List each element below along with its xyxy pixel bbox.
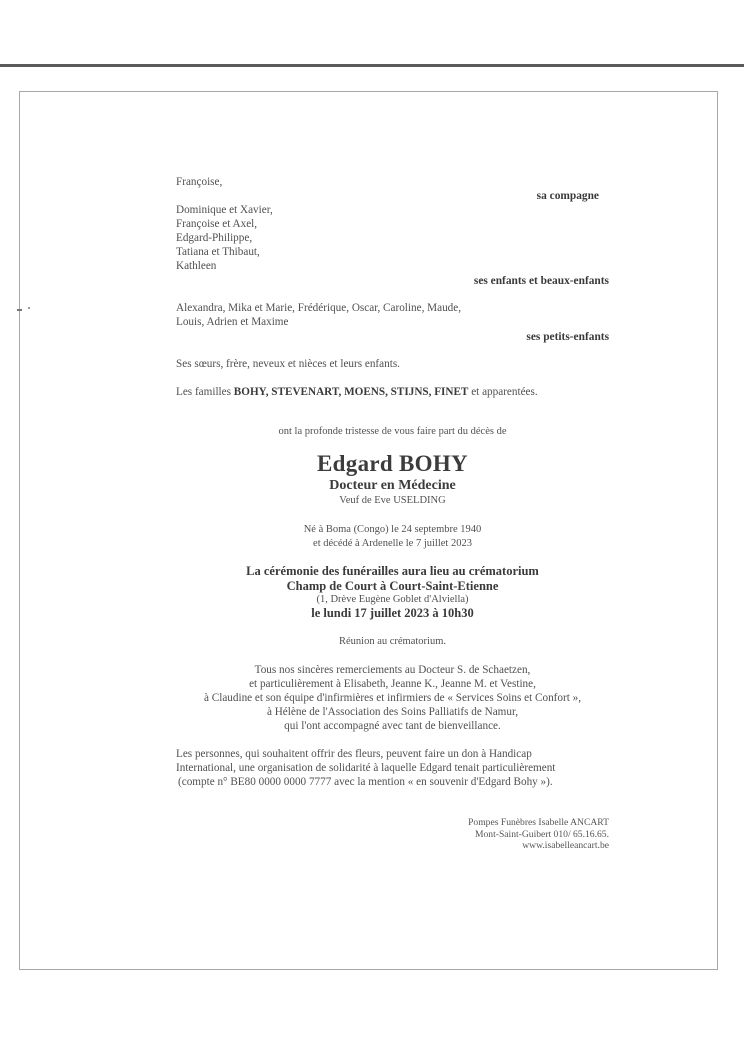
obituary-content: Françoise, sa compagne Dominique et Xavi… xyxy=(176,175,609,852)
scan-top-rule xyxy=(0,64,744,67)
grandchildren-line: Louis, Adrien et Maxime xyxy=(176,315,609,329)
thanks-line: à Claudine et son équipe d'infirmières e… xyxy=(136,691,649,705)
donation-line: Les personnes, qui souhaitent offrir des… xyxy=(176,747,609,761)
birth-line: Né à Boma (Congo) le 24 septembre 1940 xyxy=(176,523,609,537)
child-line: Françoise et Axel, xyxy=(176,217,609,231)
child-line: Dominique et Xavier, xyxy=(176,203,609,217)
death-line: et décédé à Ardenelle le 7 juillet 2023 xyxy=(176,537,609,551)
families-line: Les familles BOHY, STEVENART, MOENS, STI… xyxy=(176,385,609,399)
child-line: Kathleen xyxy=(176,259,609,273)
partner-name: Françoise, xyxy=(176,175,609,189)
grandchildren-label: ses petits-enfants xyxy=(176,330,609,344)
ceremony-datetime: le lundi 17 juillet 2023 à 10h30 xyxy=(176,606,609,621)
families-suffix: et apparentées. xyxy=(468,386,537,398)
margin-mark xyxy=(17,309,22,311)
thanks-line: qui l'ont accompagné avec tant de bienve… xyxy=(176,719,609,733)
funeral-home-website[interactable]: www.isabelleancart.be xyxy=(176,840,609,852)
partner-label: sa compagne xyxy=(176,189,599,203)
thanks-line: Tous nos sincères remerciements au Docte… xyxy=(176,663,609,677)
siblings-line: Ses sœurs, frère, neveux et nièces et le… xyxy=(176,357,609,371)
families-names: BOHY, STEVENART, MOENS, STIJNS, FINET xyxy=(234,386,469,398)
child-line: Edgard-Philippe, xyxy=(176,231,609,245)
child-line: Tatiana et Thibaut, xyxy=(176,245,609,259)
children-label: ses enfants et beaux-enfants xyxy=(176,274,609,288)
thanks-line: et particulièrement à Elisabeth, Jeanne … xyxy=(176,677,609,691)
funeral-home-address: Mont-Saint-Guibert 010/ 65.16.65. xyxy=(176,829,609,841)
deceased-title: Docteur en Médecine xyxy=(176,477,609,494)
funeral-home-name: Pompes Funèbres Isabelle ANCART xyxy=(176,817,609,829)
donation-line: International, une organisation de solid… xyxy=(176,761,609,775)
thanks-line: à Hélène de l'Association des Soins Pall… xyxy=(176,705,609,719)
donation-line: (compte n° BE80 0000 0000 7777 avec la m… xyxy=(176,775,609,789)
families-prefix: Les familles xyxy=(176,386,234,398)
ceremony-location: Champ de Court à Court-Saint-Etienne xyxy=(176,579,609,594)
ceremony-address: (1, Drève Eugène Goblet d'Alviella) xyxy=(176,594,609,606)
reunion-line: Réunion au crématorium. xyxy=(176,635,609,649)
grandchildren-line: Alexandra, Mika et Marie, Frédérique, Os… xyxy=(176,301,609,315)
ceremony-line: La cérémonie des funérailles aura lieu a… xyxy=(176,564,609,579)
announcement: ont la profonde tristesse de vous faire … xyxy=(176,425,609,439)
deceased-name: Edgard BOHY xyxy=(176,451,609,477)
margin-dot xyxy=(28,307,30,309)
deceased-widower: Veuf de Eve USELDING xyxy=(176,494,609,507)
